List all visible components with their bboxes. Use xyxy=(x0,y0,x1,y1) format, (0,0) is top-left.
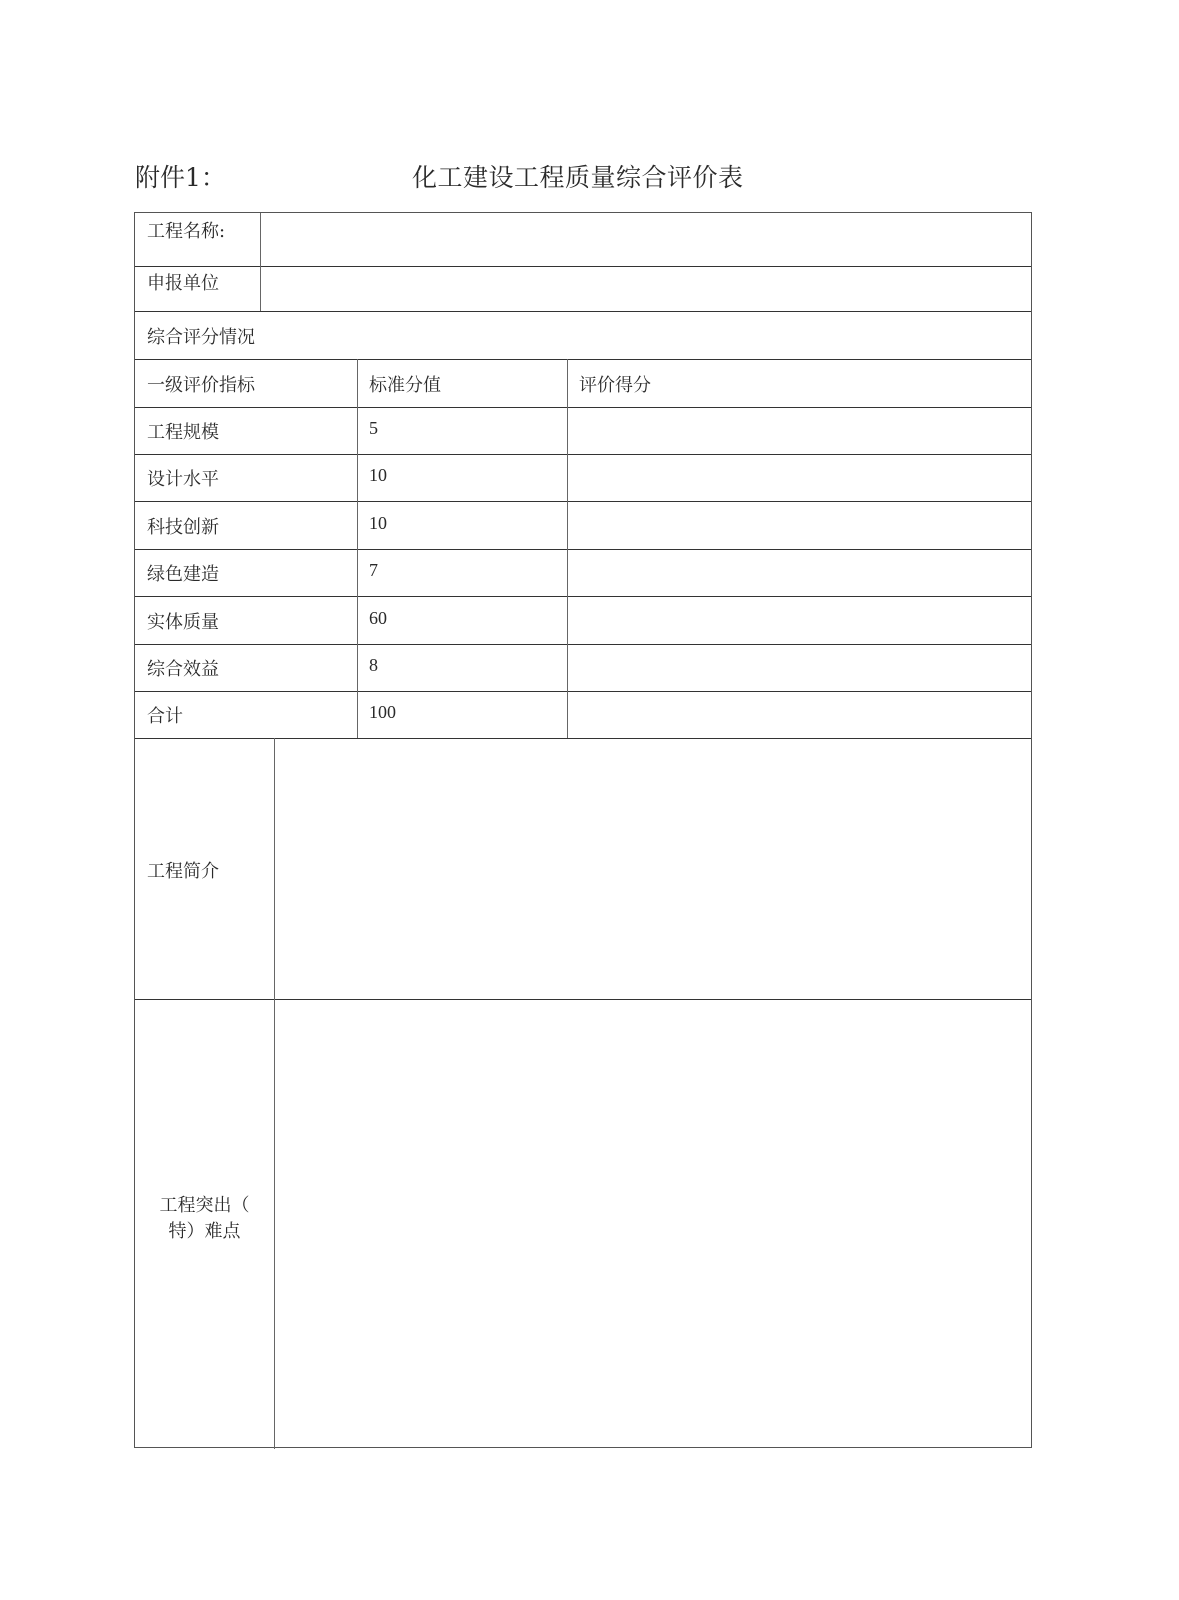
score-field[interactable] xyxy=(571,457,1026,499)
score-field[interactable] xyxy=(571,410,1026,452)
score-field[interactable] xyxy=(571,599,1026,641)
col-divider xyxy=(357,359,358,738)
col-divider xyxy=(274,738,275,1449)
applicant-label: 申报单位 xyxy=(147,269,219,295)
row-divider xyxy=(135,691,1031,692)
standard-cell: 100 xyxy=(369,702,396,723)
indicator-cell: 综合效益 xyxy=(147,655,219,681)
row-divider xyxy=(135,266,1031,267)
indicator-cell: 设计水平 xyxy=(147,465,219,491)
standard-cell: 10 xyxy=(369,465,387,486)
document-title: 化工建设工程质量综合评价表 xyxy=(412,158,744,194)
row-divider xyxy=(135,454,1031,455)
difficulty-label-line2: 特）难点 xyxy=(135,1217,274,1243)
column-header-score: 评价得分 xyxy=(579,371,651,397)
difficulty-label-line1: 工程突出（ xyxy=(135,1191,274,1217)
indicator-cell: 工程规模 xyxy=(147,418,219,444)
col-divider xyxy=(260,213,261,311)
standard-cell: 7 xyxy=(369,560,378,581)
row-divider xyxy=(135,407,1031,408)
standard-cell: 8 xyxy=(369,655,378,676)
score-field[interactable] xyxy=(571,694,1026,736)
project-name-label: 工程名称: xyxy=(147,217,225,243)
col-divider xyxy=(567,359,568,738)
row-divider xyxy=(135,501,1031,502)
row-divider xyxy=(135,999,1031,1000)
evaluation-table: 工程名称: 申报单位 综合评分情况 一级评价指标 标准分值 评价得分 工程规模 … xyxy=(134,212,1032,1448)
applicant-field[interactable] xyxy=(265,269,1025,309)
indicator-cell: 绿色建造 xyxy=(147,560,219,586)
section-label: 综合评分情况 xyxy=(147,323,255,349)
row-divider xyxy=(135,644,1031,645)
standard-cell: 5 xyxy=(369,418,378,439)
difficulty-field[interactable] xyxy=(279,1005,1027,1443)
row-divider xyxy=(135,738,1031,739)
column-header-standard: 标准分值 xyxy=(369,371,441,397)
project-name-field[interactable] xyxy=(265,215,1025,263)
intro-label: 工程简介 xyxy=(147,857,219,883)
row-divider xyxy=(135,596,1031,597)
row-divider xyxy=(135,549,1031,550)
attachment-label: 附件1： xyxy=(135,158,226,194)
column-header-indicator: 一级评价指标 xyxy=(147,371,255,397)
indicator-cell: 合计 xyxy=(147,702,183,728)
row-divider xyxy=(135,311,1031,312)
standard-cell: 10 xyxy=(369,513,387,534)
indicator-cell: 实体质量 xyxy=(147,608,219,634)
intro-field[interactable] xyxy=(279,743,1027,993)
score-field[interactable] xyxy=(571,647,1026,689)
indicator-cell: 科技创新 xyxy=(147,513,219,539)
row-divider xyxy=(135,359,1031,360)
standard-cell: 60 xyxy=(369,608,387,629)
score-field[interactable] xyxy=(571,552,1026,594)
